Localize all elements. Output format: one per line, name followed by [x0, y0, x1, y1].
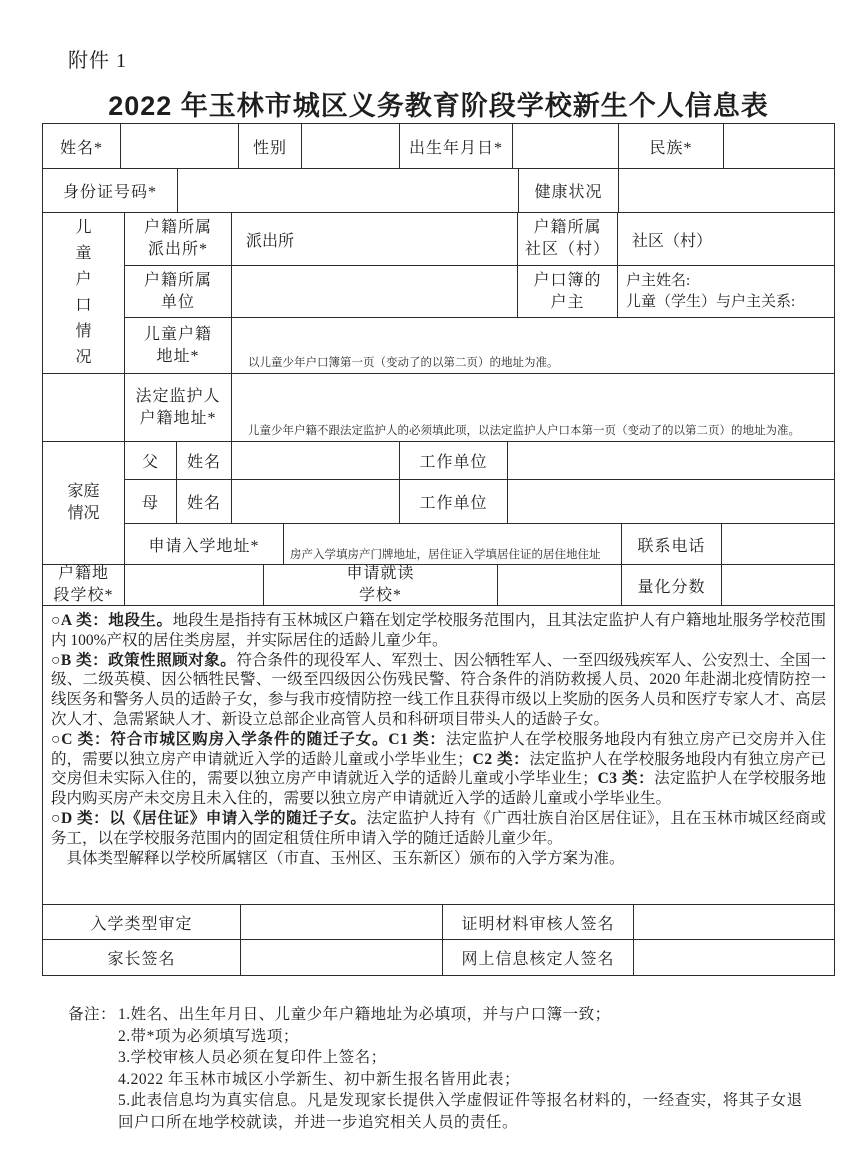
id-number-label: 身份证号码*: [43, 169, 178, 212]
family-section-label: 家庭 情况: [67, 481, 99, 524]
row-police: 户籍所属 派出所* 派出所 户籍所属 社区（村） 社区（村）: [125, 213, 834, 266]
child-address-field: 以儿童少年户口簿第一页（变动了的以第二页）的地址为准。: [232, 318, 834, 373]
apply-address-label: 申请入学地址*: [125, 524, 284, 564]
child-address-label: 儿童户籍 地址*: [125, 318, 232, 373]
row-father: 父 姓名 工作单位: [125, 442, 834, 480]
category-a-lead: ○A 类：地段生。: [51, 612, 173, 629]
name-label: 姓名*: [43, 124, 121, 168]
guardian-address-label: 法定监护人 户籍地址*: [125, 374, 232, 441]
guardian-side-spacer: [43, 374, 125, 441]
row-review-2: 家长签名 网上信息核定人签名: [43, 940, 834, 975]
row-child-address: 儿童户籍 地址* 以儿童少年户口簿第一页（变动了的以第二页）的地址为准。: [125, 318, 834, 373]
document-page: 附件 1 2022 年玉林市城区义务教育阶段学校新生个人信息表 姓名* 性别 出…: [0, 0, 866, 1149]
gender-label: 性别: [239, 124, 302, 168]
row-basic-1: 姓名* 性别 出生年月日* 民族*: [43, 124, 834, 169]
category-c: ○C 类：符合市城区购房入学条件的随迁子女。C1 类：法定监护人在学校服务地段内…: [51, 730, 826, 809]
hukou-section: 儿 童 户 口 情 况 户籍所属 派出所* 派出所 户籍所属 社区（村） 社区（…: [43, 213, 834, 374]
hukou-unit-field: [232, 266, 518, 317]
remarks-label: 备注：: [68, 1004, 118, 1133]
row-basic-2: 身份证号码* 健康状况: [43, 169, 834, 213]
category-footer: 具体类型解释以学校所属辖区（市直、玉州区、玉东新区）颁布的入学方案为准。: [51, 849, 826, 869]
apply-address-note: 房产入学填房产门牌地址，居住证入学填居住证的居住地住址: [290, 546, 601, 562]
id-number-field: [178, 169, 519, 212]
attachment-label: 附件 1: [68, 44, 127, 73]
mother-work-label: 工作单位: [400, 480, 508, 523]
guardian-address-note: 儿童少年户籍不跟法定监护人的必须填此项，以法定监护人户口本第一页（变动了的以第二…: [248, 422, 800, 438]
parent-signature-field: [241, 940, 443, 975]
row-mother: 母 姓名 工作单位: [125, 480, 834, 524]
form-title: 2022 年玉林市城区义务教育阶段学校新生个人信息表: [42, 84, 835, 123]
father-name-label: 姓名: [177, 442, 232, 479]
family-section: 家庭 情况 父 姓名 工作单位 母 姓名 工作单位 申: [43, 442, 834, 565]
row-review-1: 入学类型审定 证明材料审核人签名: [43, 905, 834, 940]
gender-field: [302, 124, 400, 168]
household-head-label: 户口簿的 户主: [518, 266, 618, 317]
district-school-field: [125, 565, 264, 605]
category-c2-label: C2 类：: [473, 751, 530, 768]
remarks-items: 1.姓名、出生年月日、儿童少年户籍地址为必填项，并与户口簿一致； 2.带*项为必…: [118, 1004, 813, 1133]
category-c-lead: ○C 类：符合市城区购房入学条件的随迁子女。: [51, 731, 388, 748]
father-work-field: [508, 442, 834, 479]
apply-school-field: [498, 565, 622, 605]
phone-label: 联系电话: [622, 524, 722, 564]
community-label: 户籍所属 社区（村）: [518, 213, 618, 265]
birthdate-field: [513, 124, 619, 168]
health-label: 健康状况: [519, 169, 619, 212]
mother-work-field: [508, 480, 834, 523]
material-reviewer-field: [634, 905, 834, 939]
score-label: 量化分数: [622, 565, 722, 605]
health-field: [619, 169, 834, 212]
parent-signature-label: 家长签名: [43, 940, 241, 975]
community-field: 社区（村）: [618, 213, 834, 265]
birthdate-label: 出生年月日*: [400, 124, 513, 168]
category-definitions: ○A 类：地段生。地段生是指持有玉林城区户籍在划定学校服务范围内，且其法定监护人…: [43, 606, 834, 905]
police-station-label: 户籍所属 派出所*: [125, 213, 232, 265]
father-work-label: 工作单位: [400, 442, 508, 479]
remark-item-2: 2.带*项为必须填写选项；: [118, 1026, 813, 1048]
remark-item-5: 5.此表信息均为真实信息。凡是发现家长提供入学虚假证件等报名材料的，一经查实，将…: [118, 1090, 813, 1133]
admission-type-field: [241, 905, 443, 939]
remark-item-3: 3.学校审核人员必须在复印件上签名；: [118, 1047, 813, 1069]
category-d: ○D 类：以《居住证》申请入学的随迁子女。法定监护人持有《广西壮族自治区居住证》…: [51, 809, 826, 849]
police-station-field: 派出所: [232, 213, 518, 265]
phone-field: [722, 524, 834, 564]
row-unit: 户籍所属 单位 户口簿的 户主 户主姓名: 儿童（学生）与户主关系:: [125, 266, 834, 318]
ethnicity-label: 民族*: [619, 124, 724, 168]
apply-address-field: 房产入学填房产门牌地址，居住证入学填居住证的居住地住址: [284, 524, 622, 564]
mother-name-label: 姓名: [177, 480, 232, 523]
hukou-unit-label: 户籍所属 单位: [125, 266, 232, 317]
form-table: 姓名* 性别 出生年月日* 民族* 身份证号码* 健康状况 儿 童 户 口 情 …: [42, 123, 835, 976]
remark-item-1: 1.姓名、出生年月日、儿童少年户籍地址为必填项，并与户口簿一致；: [118, 1004, 813, 1026]
score-field: [722, 565, 834, 605]
category-b: ○B 类：政策性照顾对象。符合条件的现役军人、军烈士、因公牺牲军人、一至四级残疾…: [51, 651, 826, 730]
family-section-cell: 家庭 情况: [43, 442, 125, 564]
row-apply-address: 申请入学地址* 房产入学填房产门牌地址，居住证入学填居住证的居住地住址 联系电话: [125, 524, 834, 564]
apply-school-label: 申请就读 学校*: [264, 565, 498, 605]
category-b-lead: ○B 类：政策性照顾对象。: [51, 652, 236, 669]
child-address-note: 以儿童少年户口簿第一页（变动了的以第二页）的地址为准。: [248, 354, 559, 370]
father-label: 父: [125, 442, 177, 479]
household-head-field: 户主姓名: 儿童（学生）与户主关系:: [618, 266, 834, 317]
guardian-address-field: 儿童少年户籍不跟法定监护人的必须填此项，以法定监护人户口本第一页（变动了的以第二…: [232, 374, 834, 441]
father-name-field: [232, 442, 400, 479]
material-reviewer-label: 证明材料审核人签名: [443, 905, 634, 939]
category-c3-label: C3 类：: [598, 770, 655, 787]
mother-name-field: [232, 480, 400, 523]
category-a: ○A 类：地段生。地段生是指持有玉林城区户籍在划定学校服务范围内，且其法定监护人…: [51, 611, 826, 651]
mother-label: 母: [125, 480, 177, 523]
admission-type-label: 入学类型审定: [43, 905, 241, 939]
hukou-section-label: 儿 童 户 口 情 况: [75, 215, 91, 370]
row-school: 户籍地 段学校* 申请就读 学校* 量化分数: [43, 565, 834, 606]
online-verifier-label: 网上信息核定人签名: [443, 940, 634, 975]
category-c1-label: C1 类：: [388, 731, 445, 748]
ethnicity-field: [724, 124, 834, 168]
remarks: 备注： 1.姓名、出生年月日、儿童少年户籍地址为必填项，并与户口簿一致； 2.带…: [68, 1004, 813, 1133]
name-field: [121, 124, 239, 168]
district-school-label: 户籍地 段学校*: [43, 565, 125, 605]
remark-item-4: 4.2022 年玉林市城区小学新生、初中新生报名皆用此表；: [118, 1069, 813, 1091]
online-verifier-field: [634, 940, 834, 975]
row-guardian-address: 法定监护人 户籍地址* 儿童少年户籍不跟法定监护人的必须填此项，以法定监护人户口…: [43, 374, 834, 442]
category-d-lead: ○D 类：以《居住证》申请入学的随迁子女。: [51, 810, 366, 827]
hukou-section-cell: 儿 童 户 口 情 况: [43, 213, 125, 373]
